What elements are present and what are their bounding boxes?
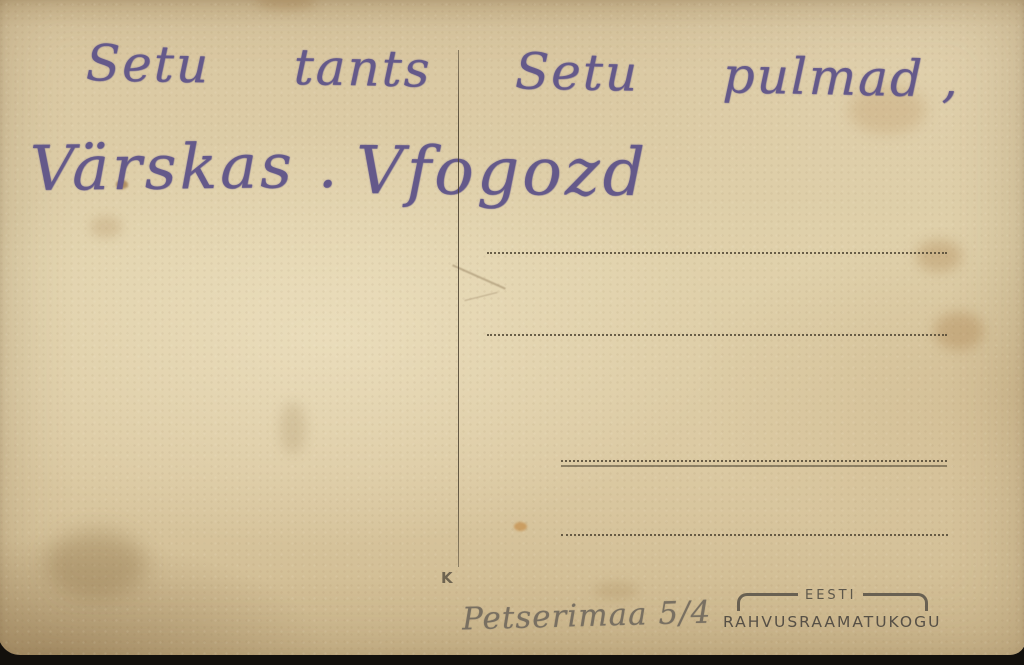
handwritten-word: Värskas . xyxy=(30,129,341,209)
stamp-bracket-right xyxy=(863,593,928,611)
address-dotted-line-2 xyxy=(487,334,947,336)
handwriting-line-1: Setu tants Setu pulmad , xyxy=(85,34,960,109)
printer-mark: K xyxy=(441,569,453,587)
stamp-subtitle: RAHVUSRAAMATUKOGU xyxy=(723,613,941,631)
pencil-note: Petserimaa 5/4 xyxy=(462,595,712,638)
paper-stain xyxy=(916,240,962,272)
stamp-bracket-left xyxy=(737,593,798,611)
postcard-scan: Setu tants Setu pulmad , Värskas . Vfogo… xyxy=(0,0,1024,665)
paper-crease xyxy=(464,292,497,301)
address-dotted-line-3 xyxy=(561,460,947,467)
handwritten-word: Setu xyxy=(514,42,639,102)
handwriting-line-2: Värskas . Vfogozd xyxy=(30,126,649,209)
stamp-title: EESTI xyxy=(805,587,856,603)
stamp-bracket-row: EESTI xyxy=(737,587,941,611)
paper-stain xyxy=(280,402,306,454)
paper-stain xyxy=(256,0,316,10)
handwritten-word: tants xyxy=(293,38,432,99)
address-dotted-line-1 xyxy=(487,252,947,254)
postcard-back: Setu tants Setu pulmad , Värskas . Vfogo… xyxy=(0,0,1024,655)
paper-crease xyxy=(452,264,506,289)
library-stamp: EESTI RAHVUSRAAMATUKOGU xyxy=(723,587,941,631)
address-dotted-line-4 xyxy=(561,534,948,536)
paper-stain xyxy=(90,216,122,238)
handwritten-word: Setu xyxy=(85,34,210,94)
handwritten-signature-scrawl: Vfogozd xyxy=(356,132,648,211)
paper-stain xyxy=(46,530,146,598)
paper-stain xyxy=(934,312,984,350)
handwritten-word: pulmad , xyxy=(722,46,960,109)
column-divider-line xyxy=(458,50,459,567)
paper-stain xyxy=(514,522,527,531)
